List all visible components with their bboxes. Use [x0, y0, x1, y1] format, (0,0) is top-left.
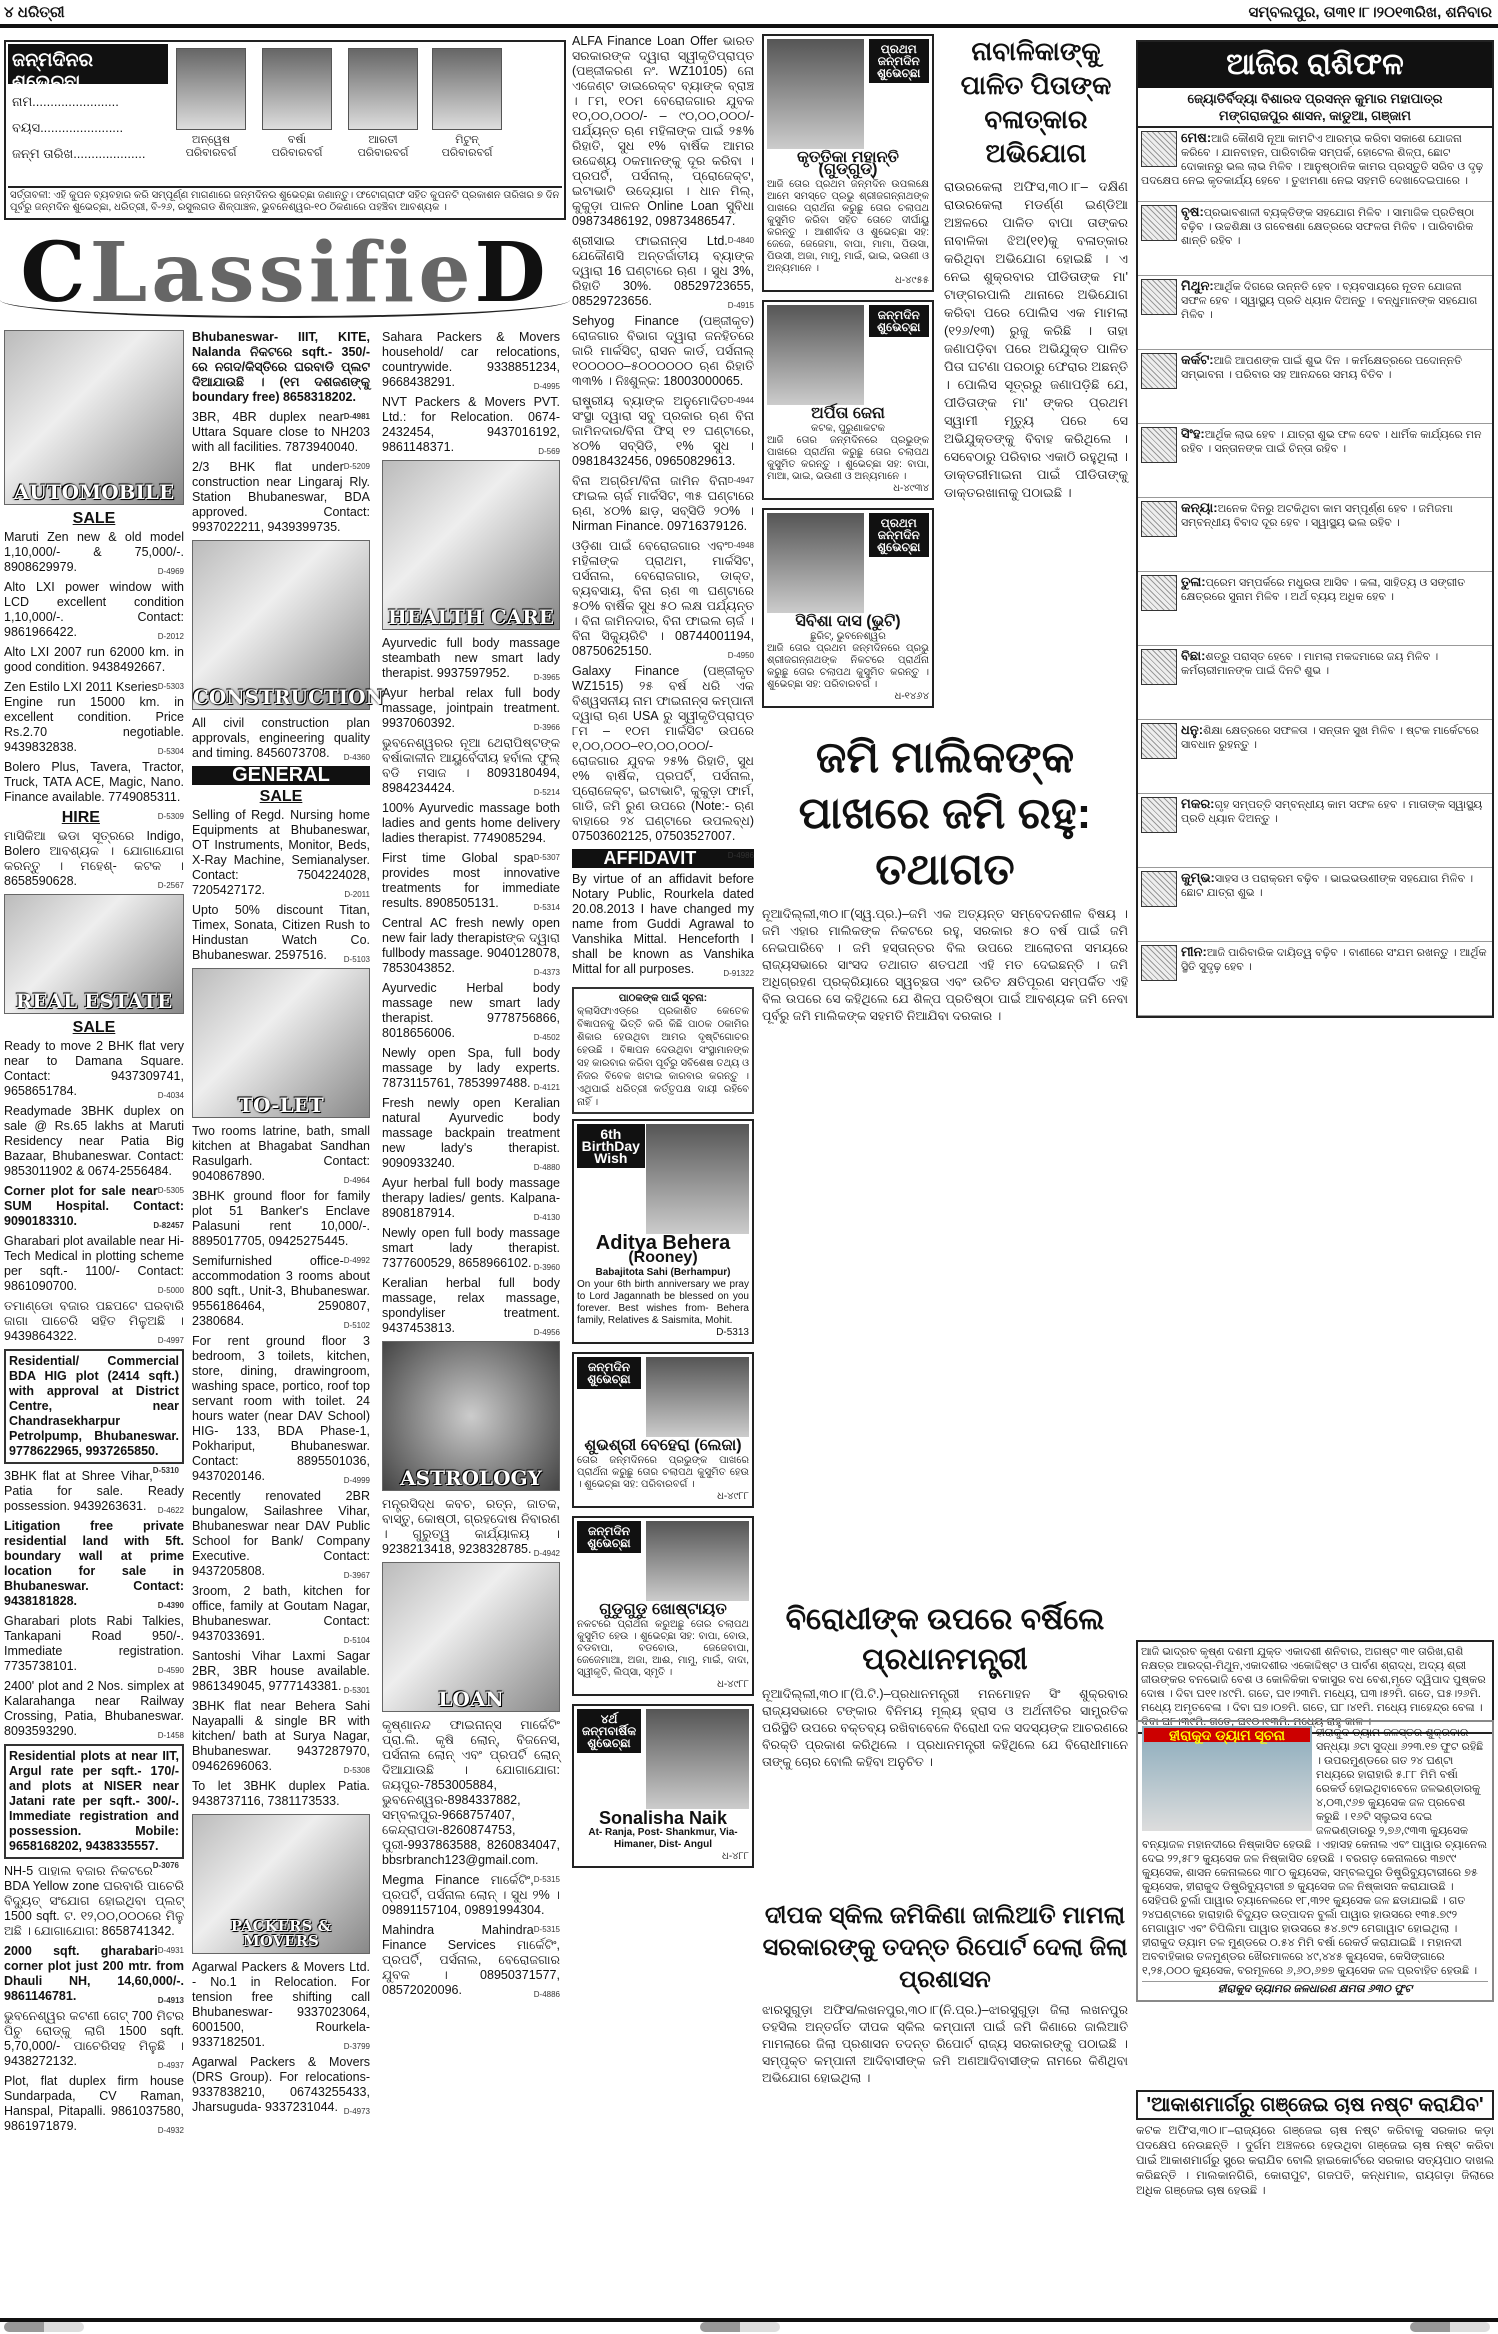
- classified-ad: Two rooms latrine, bath, small kitchen a…: [192, 1124, 370, 1184]
- classified-ad: 2000 sqft. gharabari corner plot just 20…: [4, 1944, 184, 2004]
- classified-ad: Upto 50% discount Titan, Timex, Sonata, …: [192, 903, 370, 963]
- real-estate-sale-heading: SALE: [4, 1020, 184, 1035]
- horoscope-sign: ବୃଷ:ପ୍ରଭାବଶାଳୀ ବ୍ୟକ୍ତିଙ୍କ ସହଯୋଗ ମିଳିବ । …: [1138, 202, 1492, 276]
- classified-ad: All civil construction plan approvals, e…: [192, 716, 370, 761]
- zodiac-icon: [1141, 427, 1177, 463]
- story-4-body: ଝାରସୁଗୁଡ଼ା ଅଫିସ/ଲଖନପୁର,୩୦।୮(ନି.ପ୍ର.)–ଝାର…: [762, 2002, 1128, 2087]
- classified-ad: ମାସିକିଆ ଭଡା ସୂତ୍ରରେ Indigo, Bolero ଆବଶ୍ୟ…: [4, 829, 184, 889]
- horoscope-sign: ମକର:ଗୃହ ସମ୍ପତ୍ତି ସମ୍ବନ୍ଧୀୟ କାମ ସଫଳ ହେବ ।…: [1138, 794, 1492, 868]
- zodiac-icon: [1141, 871, 1177, 907]
- classified-ad: ଓଡ଼ିଶା ପାଇଁ ବେରୋଜଗାର ଏବଂ ମହିଳାଙ୍କ ପ୍ରାଥମ…: [572, 539, 754, 659]
- classified-ad: ଶ୍ରୀସାଇ ଫାଇନାନ୍ସ Ltd. ଯେକୌଣସି ଅନ୍ତର୍ଜାତୀ…: [572, 234, 754, 309]
- column-5: ପ୍ରଥମ ଜନ୍ମଦିନ ଶୁଭେଚ୍ଛା କୃତ୍ତିକା ମହାନ୍ତି …: [762, 34, 934, 716]
- coupon-title: ଜନ୍ମଦିନର ଶୁଭେଚ୍ଛା: [8, 44, 168, 84]
- horoscope-sign: କନ୍ୟା:ଅନେକ ଦିନରୁ ଅଟକିଥିବା କାମ ସମ୍ପୂର୍ଣ୍ଣ…: [1138, 498, 1492, 572]
- classified-ad: To let 3BHK duplex Patia. 9438737116, 73…: [192, 1779, 370, 1809]
- classified-ad: Gharabari plots Rabi Talkies, Tankapani …: [4, 1614, 184, 1674]
- construction-image: CONSTRUCTION: [192, 540, 370, 710]
- classified-ad: Megma Finance ମାର୍କେଟିଂ, ପ୍ରପର୍ଟି, ପର୍ସନ…: [382, 1873, 560, 1918]
- news-story-5: 'ଆକାଶମାର୍ଗରୁ ଗଞ୍ଜେଇ ଚାଷ ନଷ୍ଟ କରାଯିବ' କଟକ…: [1136, 2090, 1494, 2199]
- story-1-body: ରାଉରକେଲା ଅଫିସ,୩୦।୮– ଦକ୍ଷିଣ ରାଉରକେଲା ମଡର୍…: [944, 178, 1128, 502]
- zodiac-icon: [1141, 501, 1177, 537]
- classified-ad: Bhubaneswar- IIIT, KITE, Nalanda ନିକଟରେ …: [192, 330, 370, 405]
- zodiac-icon: [1141, 945, 1177, 981]
- classified-ad: Litigation free private residential land…: [4, 1519, 184, 1609]
- dam-image: ହୀରାକୁଦ ଡ୍ୟାମ ସୂଚନା: [1142, 1726, 1312, 1831]
- classified-ad: NH-5 ପାହାଲ ବଜାର ନିକଟରେ BDA Yellow zone ଘ…: [4, 1864, 184, 1939]
- to-let-image: TO-LET: [192, 968, 370, 1118]
- classified-ad: ତମାଣ୍ଡୋ ବଜାର ପଛପଟେ ଘରବାରି ଜାଗା ପାଚେରି ସହ…: [4, 1299, 184, 1344]
- classified-ad: Sehyog Finance (ପଞ୍ଜୀକୃତ) ରୋଜଗାର ବିଭାଗ ଦ…: [572, 314, 754, 389]
- classified-ad: Recently renovated 2BR bungalow, Sailash…: [192, 1489, 370, 1579]
- kid-caption: ମିଟୁନ୍ପରିବାରବର୍ଗ: [422, 134, 512, 160]
- classified-ad: 100% Ayurvedic massage both ladies and g…: [382, 801, 560, 846]
- affidavit-heading: AFFIDAVIT: [572, 849, 754, 868]
- zodiac-icon: [1141, 131, 1177, 167]
- column-4: ALFA Finance Loan Offer ଭାରତ ସରକାରଙ୍କ ଦ୍…: [572, 34, 754, 1876]
- kid-caption: ଅନ୍ୱେଷପରିବାରବର୍ଗ: [166, 134, 256, 160]
- footer-marker: [700, 2322, 780, 2332]
- horoscope-sign: ସିଂହ:ଆର୍ଥିକ ଲାଭ ହେବ । ଯାତ୍ରା ଶୁଭ ଫଳ ଦେବ …: [1138, 424, 1492, 498]
- packers-movers-image: PACKERS & MOVERS: [192, 1814, 370, 1954]
- name-field: ନାମ........................: [12, 94, 119, 110]
- dateline: ସମ୍ବଲପୁର, ତା୩୧।୮।୨୦୧୩ରିଖ, ଶନିବାର: [1249, 4, 1492, 21]
- birthday-wish-aditya: 6th BirthDay Wish Aditya Behera (Rooney)…: [572, 1119, 754, 1344]
- classified-ad: Plot, flat duplex firm house Sundarpada,…: [4, 2074, 184, 2134]
- classified-ad: Maruti Zen new & old model 1,10,000/- & …: [4, 530, 184, 575]
- zodiac-icon: [1141, 723, 1177, 759]
- health-care-image: HEALTH CARE: [382, 460, 560, 630]
- classified-banner: CLassifieD: [0, 228, 570, 318]
- classified-ad: ମନ୍ତ୍ରସିଦ୍ଧ କବଚ, ରତ୍ନ, ଜାତକ, ବାସ୍ତୁ, କୋଷ…: [382, 1497, 560, 1557]
- zodiac-icon: [1141, 575, 1177, 611]
- astrologer-credit: ଜ୍ୟୋତିର୍ବିଦ୍ୟା ବିଶାରଦ ପ୍ରସନ୍ନ କୁମାର ମହାପ…: [1138, 88, 1492, 128]
- classified-ad: 2/3 BHK flat under construction near Lin…: [192, 460, 370, 535]
- classified-ad: Ayur herbal full body massage therapy la…: [382, 1176, 560, 1221]
- classified-ad: Zen Estilo LXI 2011 Kseries Engine run 1…: [4, 680, 184, 755]
- horoscope-sign: ମୀନ:ଆଜି ପାରିବାରିକ ଦାୟିତ୍ୱ ବଢ଼ିବ । ବାଣୀରେ…: [1138, 942, 1492, 1016]
- classified-ad: Semifurnished office-accommodation 3 roo…: [192, 1254, 370, 1329]
- news-story-2: ଜମି ମାଲିକଙ୍କ ପାଖରେ ଜମି ରହୁ: ତଥାଗତ ନୂଆଦିଲ…: [762, 730, 1128, 1025]
- horoscope-sign: ତୁଳା:ପ୍ରେମ ସମ୍ପର୍କରେ ମଧୁରତା ଆସିବ । କଳା, …: [1138, 572, 1492, 646]
- classified-ad: 3room, 2 bath, kitchen for office, famil…: [192, 1584, 370, 1644]
- kid-caption: ବର୍ଷାପରିବାରବର୍ଗ: [252, 134, 342, 160]
- story-2-body: ନୂଆଦିଲ୍ଲୀ,୩୦।୮(ସ୍ୱ.ପ୍ର.)–ଜମି ଏକ ଅତ୍ୟନ୍ତ …: [762, 906, 1128, 1025]
- classified-ad: First time Global spa provides most inno…: [382, 851, 560, 911]
- astrology-image: ASTROLOGY: [382, 1341, 560, 1491]
- zodiac-icon: [1141, 205, 1177, 241]
- kid-photo: [348, 48, 418, 130]
- kid-photo: [176, 48, 246, 130]
- classified-ad: 3BHK ground floor for family plot 51 Ban…: [192, 1189, 370, 1249]
- classified-ad: ALFA Finance Loan Offer ଭାରତ ସରକାରଙ୍କ ଦ୍…: [572, 34, 754, 229]
- coupon-terms: ସର୍ତ୍ତାବଳୀ: ଏହି କୁପନ ବ୍ୟବହାର କରି ସମ୍ପୂର୍…: [8, 186, 562, 216]
- birthday-wish-sonalisha: ୪ର୍ଥ ଜନ୍ମବାର୍ଷିକ ଶୁଭେଚ୍ଛା Sonalisha Naik…: [572, 1704, 754, 1868]
- story-1-headline: ନାବାଳିକାଙ୍କୁ ପାଳିତ ପିତାଙ୍କ ବଳାତ୍କାର ଅଭିଯ…: [944, 34, 1128, 170]
- story-3-body: ନୂଆଦିଲ୍ଲୀ,୩୦।୮(ପି.ଟି.)–ପ୍ରଧାନମନ୍ତ୍ରୀ ମନମ…: [762, 1686, 1128, 1771]
- story-4-headline: ଦୀପକ ସ୍କିଲ ଜମିକିଣା ଜାଲିଆତି ମାମଲା ସରକାରଙ୍…: [762, 1900, 1128, 1996]
- classified-ad: 2400' plot and 2 Nos. simplex at Kalarah…: [4, 1679, 184, 1739]
- news-story-3: ବିରୋଧୀଙ୍କ ଉପରେ ବର୍ଷିଲେ ପ୍ରଧାନମନ୍ତ୍ରୀ ନୂଆ…: [762, 1600, 1128, 1771]
- classified-ad: 3BHK flat near Behera Sahi Nayapalli & s…: [192, 1699, 370, 1774]
- classified-ad: Bolero Plus, Tavera, Tractor, Truck, TAT…: [4, 760, 184, 805]
- page-label: ୪ ଧରିତ୍ରୀ: [4, 4, 65, 21]
- classified-ad: Central AC fresh newly open new fair lad…: [382, 916, 560, 976]
- horoscope-sign: ଧନୁ:ଶିକ୍ଷା କ୍ଷେତ୍ରରେ ସଫଳତା । ସନ୍ତାନ ସୁଖ …: [1138, 720, 1492, 794]
- classified-ad: Sahara Packers & Movers household/ car r…: [382, 330, 560, 390]
- dob-field: ଜନ୍ମ ତାରିଖ....................: [12, 146, 145, 162]
- classified-ad: Ayur herbal relax full body massage, joi…: [382, 686, 560, 731]
- story-2-headline: ଜମି ମାଲିକଙ୍କ ପାଖରେ ଜମି ରହୁ: ତଥାଗତ: [762, 730, 1128, 898]
- classified-ad: Newly open full body massage smart lady …: [382, 1226, 560, 1271]
- birthday-wish-gudu: ଜନ୍ମଦିନ ଶୁଭେଚ୍ଛା ଗୁଡୁଗୁଡୁ ଖୋଷ୍ଟାୟତ ନକଟରେ…: [572, 1516, 754, 1696]
- birthday-wish-sibisha: ପ୍ରଥମ ଜନ୍ମଦିନ ଶୁଭେଚ୍ଛା ସିବିଶା ଦାସ (ଭୁଟି)…: [762, 508, 934, 708]
- classified-ad: NVT Packers & Movers PVT. Ltd.: for Relo…: [382, 395, 560, 455]
- birthday-coupon: ଜନ୍ମଦିନର ଶୁଭେଚ୍ଛା ନାମ...................…: [4, 40, 566, 220]
- classified-ad: 3BR, 4BR duplex near Uttara Square close…: [192, 410, 370, 455]
- hirakud-dam-report: ହୀରାକୁଦ ଡ୍ୟାମ ସୂଚନା ହୀରାକୁଦ ଡ୍ୟାମ ଜଳସ୍ତର…: [1136, 1720, 1494, 2002]
- birthday-wish-krittika: ପ୍ରଥମ ଜନ୍ମଦିନ ଶୁଭେଚ୍ଛା କୃତ୍ତିକା ମହାନ୍ତି …: [762, 34, 934, 292]
- classified-ad: Agarwal Packers & Movers (DRS Group). Fo…: [192, 2055, 370, 2115]
- classified-ad: ଭୁବନେଶ୍ୱର କଟଣୀ ଗେଟ୍ 700 ମିଟର ପିଚୁ ରୋଡ୍‌କ…: [4, 2009, 184, 2069]
- classified-ad: Ayurvedic Herbal body massage new smart …: [382, 981, 560, 1041]
- general-heading: GENERAL: [192, 766, 370, 785]
- classified-ad: Residential/ Commercial BDA HIG plot (24…: [4, 1349, 184, 1464]
- classified-ad: ଭୁବନେଶ୍ୱରର ନୂଆ ଥେରାପିଷ୍ଟଙ୍କ ବର୍ଷାକାଳୀନ ଆ…: [382, 736, 560, 796]
- kid-photo: [432, 48, 502, 130]
- column-2: Bhubaneswar- IIIT, KITE, Nalanda ନିକଟରେ …: [192, 330, 370, 2120]
- classified-ad: Agarwal Packers & Movers Ltd. - No.1 in …: [192, 1960, 370, 2050]
- story-3-headline: ବିରୋଧୀଙ୍କ ଉପରେ ବର୍ଷିଲେ ପ୍ରଧାନମନ୍ତ୍ରୀ: [762, 1600, 1128, 1680]
- zodiac-icon: [1141, 797, 1177, 833]
- classified-ad: Residential plots at near IIT, Argul rat…: [4, 1744, 184, 1859]
- birthday-wish-subhashree: ଜନ୍ମଦିନ ଶୁଭେଚ୍ଛା ଶୁଭଶ୍ରୀ ବେହେରା (ଲେଜା) ତ…: [572, 1352, 754, 1508]
- affidavit-notice: By virtue of an affidavit before Notary …: [572, 872, 754, 977]
- footer-marker: [1410, 2322, 1490, 2332]
- classified-ad: Keralian herbal full body massage, relax…: [382, 1276, 560, 1336]
- classified-ad: Mahindra Mahindra Finance Services ମାର୍କ…: [382, 1923, 560, 1998]
- horoscope-sign: ବିଛା:ଶତ୍ରୁ ପରାସ୍ତ ହେବେ । ମାମଲା ମକଦ୍ଦମାରେ…: [1138, 646, 1492, 720]
- classified-ad: Fresh newly open Keralian natural Ayurve…: [382, 1096, 560, 1171]
- classified-ad: Santoshi Vihar Laxmi Sagar 2BR, 3BR hous…: [192, 1649, 370, 1694]
- classified-ad: ବିନା ଅଗ୍ରିମ/ବିନା ଜାମିନ ବିନା ଫାଇଲ ଚାର୍ଜ ମ…: [572, 474, 754, 534]
- horoscope-sign: କର୍କଟ:ଆଜି ଆପଣଙ୍କ ପାଇଁ ଶୁଭ ଦିନ । କର୍ମକ୍ଷେ…: [1138, 350, 1492, 424]
- classified-ad: କୃଷ୍ଣାନନ୍ଦ ଫାଇନାନ୍ସ ମାର୍କେଟିଂ ପ୍ରା.ଲି. କ…: [382, 1718, 560, 1868]
- horoscope-panel: ଆଜିର ରାଶିଫଳ ଜ୍ୟୋତିର୍ବିଦ୍ୟା ବିଶାରଦ ପ୍ରସନ୍…: [1136, 40, 1494, 1018]
- zodiac-icon: [1141, 353, 1177, 389]
- column-1: AUTOMOBILE SALE Maruti Zen new & old mod…: [4, 330, 184, 2139]
- horoscope-title: ଆଜିର ରାଶିଫଳ: [1138, 42, 1492, 88]
- classified-ad: For rent ground floor 3 bedroom, 3 toile…: [192, 1334, 370, 1484]
- news-story-1: ନାବାଳିକାଙ୍କୁ ପାଳିତ ପିତାଙ୍କ ବଳାତ୍କାର ଅଭିଯ…: [944, 34, 1128, 502]
- loan-image: LOAN: [382, 1562, 560, 1712]
- zodiac-icon: [1141, 649, 1177, 685]
- reader-notice: ପାଠକଙ୍କ ପାଇଁ ସୂଚନା: କ୍ଲାସିଫାଏଡ୍‌ରେ ପ୍ରକା…: [572, 987, 754, 1114]
- footer-marker: [4, 2322, 84, 2332]
- classified-ad: Galaxy Finance (ପଞ୍ଜୀକୃତ WZ1515) ୨୫ ବର୍ଷ…: [572, 664, 754, 844]
- column-3: Sahara Packers & Movers household/ car r…: [382, 330, 560, 2003]
- sale-heading: SALE: [4, 511, 184, 526]
- kid-photo: [262, 48, 332, 130]
- zodiac-icon: [1141, 279, 1177, 315]
- classified-ad: Alto LXI power window with LCD excellent…: [4, 580, 184, 640]
- real-estate-image: REAL ESTATE: [4, 894, 184, 1014]
- horoscope-sign: ମିଥୁନ:ଆର୍ଥିକ ଦିଗରେ ଉନ୍ନତି ହେବ । ବ୍ୟବସାୟର…: [1138, 276, 1492, 350]
- classified-ad: Corner plot for sale near SUM Hospital. …: [4, 1184, 184, 1229]
- news-story-4: ଦୀପକ ସ୍କିଲ ଜମିକିଣା ଜାଲିଆତି ମାମଲା ସରକାରଙ୍…: [762, 1900, 1128, 2087]
- classified-ad: Selling of Regd. Nursing home Equipments…: [192, 808, 370, 898]
- classified-ad: Gharabari plot available near Hi-Tech Me…: [4, 1234, 184, 1294]
- classified-ad: Ready to move 2 BHK flat very near to Da…: [4, 1039, 184, 1099]
- horoscope-sign: ମେଷ:ଆଜି କୌଣସି ନୂଆ କାମଟିଏ ଆରମ୍ଭ କରିବା ସକା…: [1138, 128, 1492, 202]
- age-field: ବୟସ.......................: [12, 120, 123, 136]
- automobile-image: AUTOMOBILE: [4, 330, 184, 505]
- general-sale-heading: SALE: [192, 789, 370, 804]
- classified-ad: Readymade 3BHK duplex on sale @ Rs.65 la…: [4, 1104, 184, 1179]
- classified-ad: Ayurvedic full body massage steambath ne…: [382, 636, 560, 681]
- horoscope-sign: କୁମ୍ଭ:ସାହସ ଓ ପରାକ୍ରମ ବଢ଼ିବ । ଭାଇଭଉଣୀଙ୍କ …: [1138, 868, 1492, 942]
- page-header: ୪ ଧରିତ୍ରୀ ସମ୍ବଲପୁର, ତା୩୧।୮।୨୦୧୩ରିଖ, ଶନିବ…: [0, 0, 1498, 28]
- classified-ad: Alto LXI 2007 run 62000 km. in good cond…: [4, 645, 184, 675]
- classified-ad: ରାଷ୍ଟ୍ରୀୟ ବ୍ୟାଙ୍କ ଅନୁମୋଦିତ ସଂସ୍ଥା ଦ୍ୱାରା…: [572, 394, 754, 469]
- classified-ad: Newly open Spa, full body massage by lad…: [382, 1046, 560, 1091]
- kid-caption: ଆରତୀପରିବାରବର୍ଗ: [338, 134, 428, 160]
- birthday-wish-arpita: ଜନ୍ମଦିନ ଶୁଭେଚ୍ଛା ଅର୍ପିତା ଜେନା କଟକ, ପୁରୁଣ…: [762, 300, 934, 500]
